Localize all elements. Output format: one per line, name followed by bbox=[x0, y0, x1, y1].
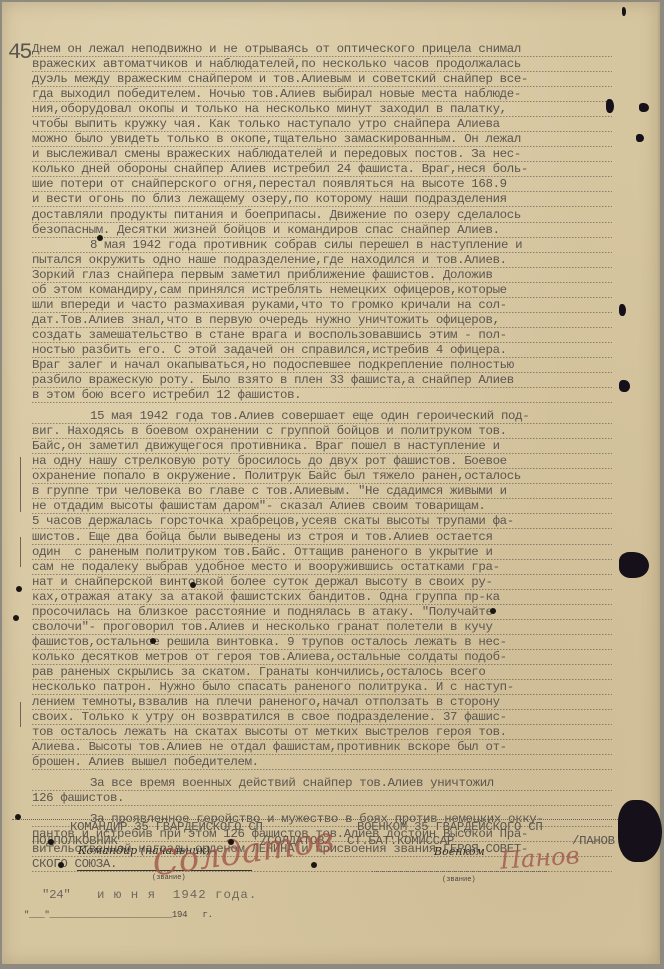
text-line: шистов. Еще два бойца были выведены из с… bbox=[32, 530, 612, 545]
text-line: Враг залег и начал окапываться,но подосп… bbox=[32, 358, 612, 373]
commissar-form-label: Военком bbox=[434, 845, 485, 858]
text-line: дуэль между вражеским снайпером и тов.Ал… bbox=[32, 72, 612, 87]
punch-hole bbox=[228, 839, 234, 845]
commissar-signature: Панов bbox=[499, 841, 580, 874]
page-number: 45 bbox=[8, 40, 30, 65]
ink-blot bbox=[618, 800, 662, 862]
text-line: своих. Только к утру он возвратился в св… bbox=[32, 710, 612, 725]
text-line: нат и снайперской винтовкой более суток … bbox=[32, 575, 612, 590]
margin-bracket bbox=[20, 537, 21, 567]
text-line: можно было увидеть только в окопе,тщател… bbox=[32, 132, 612, 147]
punch-hole bbox=[150, 638, 156, 644]
text-line: Зоркий глаз снайпера первым заметил приб… bbox=[32, 268, 612, 283]
punch-hole bbox=[58, 862, 64, 868]
text-line: колько десятков метров от героя тов.Алие… bbox=[32, 650, 612, 665]
rank-caption-right: (звание) bbox=[442, 876, 476, 884]
text-line: создать замешательство в стане врага и в… bbox=[32, 328, 612, 343]
punch-hole bbox=[16, 586, 22, 592]
punch-hole bbox=[48, 839, 54, 845]
text-line: в этом бою всего истребил 12 фашистов. bbox=[32, 388, 612, 403]
document-body: Днем он лежал неподвижно и не отрываясь … bbox=[32, 42, 612, 873]
punch-hole bbox=[190, 582, 196, 588]
text-line: охранение попало в окружение. Политрук Б… bbox=[32, 469, 612, 484]
text-line: в группе три человека во главе с тов.Али… bbox=[32, 484, 612, 499]
date-day: "24" bbox=[42, 888, 71, 902]
text-line: фашистов,остальное решила винтовка. 9 тр… bbox=[32, 635, 612, 650]
text-line: ностью разбить его. С этой задачей он сп… bbox=[32, 343, 612, 358]
text-line: один с раненым политруком тов.Байс. Отта… bbox=[32, 545, 612, 560]
text-line: 8 мая 1942 года противник собрав силы пе… bbox=[32, 238, 612, 253]
punch-hole bbox=[490, 608, 496, 614]
signature-rule bbox=[12, 819, 622, 820]
text-line: безопасным. Десятки жизней бойцов и кома… bbox=[32, 223, 612, 238]
punch-hole bbox=[311, 862, 317, 868]
document-page: 45 Днем он лежал неподвижно и не отрывая… bbox=[2, 2, 660, 964]
text-line: сам не подалеку выбрав удобное место и в… bbox=[32, 560, 612, 575]
ink-blot bbox=[639, 103, 649, 112]
text-line: гда выходил победителем. Ночью тов.Алиев… bbox=[32, 87, 612, 102]
punch-hole bbox=[97, 235, 103, 241]
text-line: тов осталось лежать на скатах высоты от … bbox=[32, 725, 612, 740]
text-line: 15 мая 1942 года тов.Алиев совершает еще… bbox=[32, 409, 612, 424]
text-line: несколько патрон. Нужно было спасать ран… bbox=[32, 680, 612, 695]
text-line: на одну нашу стрелковую роту бросилось д… bbox=[32, 454, 612, 469]
text-line: шие потери от снайперского огня,перестал… bbox=[32, 177, 612, 192]
text-line: не отдадим высоты фашистам даром"- сказа… bbox=[32, 499, 612, 514]
text-line: об этом командиру,сам принялся истреблят… bbox=[32, 283, 612, 298]
ink-blot bbox=[619, 552, 649, 578]
text-line: разбило вражескую роту. Было взято в пле… bbox=[32, 373, 612, 388]
commissar-title: ВОЕНКОМ 35 ГВАРДЕЙСКОГО СП bbox=[357, 820, 543, 834]
commander-title: КОМАНДИР 35 ГВАРДЕЙСКОГО СП bbox=[70, 820, 263, 834]
text-line: сволочи"- проговорил тов.Алиев и несколь… bbox=[32, 620, 612, 635]
date-month-year: и ю н я 1942 года. bbox=[97, 888, 257, 902]
text-line: Днем он лежал неподвижно и не отрываясь … bbox=[32, 42, 612, 57]
ink-blot bbox=[606, 99, 614, 113]
text-line: доставляли продукты питания и боеприпасы… bbox=[32, 208, 612, 223]
text-line: виг. Находясь в боевом охранении с групп… bbox=[32, 424, 612, 439]
text-line: Байс,он заметил движущегося противника. … bbox=[32, 439, 612, 454]
ink-blot bbox=[619, 304, 626, 316]
text-line: пытался окружить одно наше подразделение… bbox=[32, 253, 612, 268]
ink-blot bbox=[619, 380, 630, 392]
text-line: и вести огонь по близ лежащему озеру,по … bbox=[32, 192, 612, 207]
text-line: шли впереди и часто размахивая руками,чт… bbox=[32, 298, 612, 313]
text-line: просочилась на близкое расстояние и подн… bbox=[32, 605, 612, 620]
ink-blot bbox=[636, 134, 644, 142]
text-line: колько дней обороны снайпер Алиев истреб… bbox=[32, 162, 612, 177]
text-line: За все время военных действий снайпер то… bbox=[32, 776, 612, 791]
text-line: ках,отражая атаку за атакой фашистских б… bbox=[32, 590, 612, 605]
text-line: 5 часов держалась горсточка храбрецов,ус… bbox=[32, 514, 612, 529]
margin-bracket bbox=[20, 702, 21, 727]
text-line: 126 фашистов. bbox=[32, 791, 612, 806]
text-line: брошен. Алиев вышел победителем. bbox=[32, 755, 612, 770]
text-line: ния,оборудовал окопы и только на несколь… bbox=[32, 102, 612, 117]
text-line: вражеских автоматчиков и наблюдателей,по… bbox=[32, 57, 612, 72]
margin-bracket bbox=[20, 457, 21, 512]
text-line: чтобы выпить кружку чая. Как только наст… bbox=[32, 117, 612, 132]
text-line: лением темноты,взвалив на плечи раненого… bbox=[32, 695, 612, 710]
ink-blot bbox=[622, 7, 626, 16]
text-line: дат.Тов.Алиев знал,что в первую очередь … bbox=[32, 313, 612, 328]
date-blank-template: "___"________________________194 г. bbox=[24, 910, 213, 920]
punch-hole bbox=[15, 814, 21, 820]
text-line: и выслеживал смены вражеских наблюдателе… bbox=[32, 147, 612, 162]
text-line: рав раненых скрылись за скатом. Гранаты … bbox=[32, 665, 612, 680]
punch-hole bbox=[13, 615, 19, 621]
text-line: Алиева. Высоты тов.Алиев не отдал фашист… bbox=[32, 740, 612, 755]
